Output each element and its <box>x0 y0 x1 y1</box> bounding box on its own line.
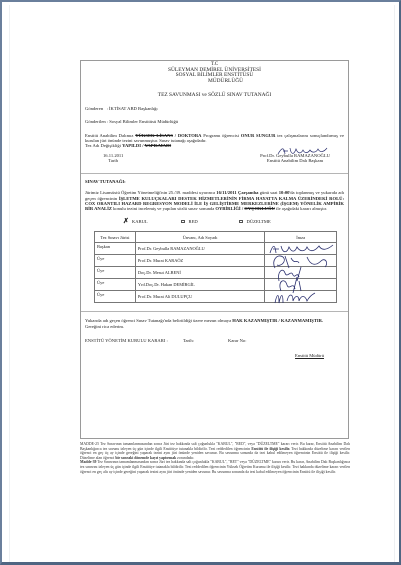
exam-text: ile aşağıdaki kararı almıştır. <box>275 206 327 211</box>
section-divider <box>81 173 348 174</box>
board-date-label: Tarih: <box>183 338 228 343</box>
recipient-label: Gönderilen <box>85 119 106 124</box>
regulation-footnote: MADDE-25 Tez Sınavının tamamlanmasından … <box>80 442 350 474</box>
checked-x-icon: ✗ <box>123 219 129 224</box>
name-change-no-struck: YAPILMADI <box>144 143 171 148</box>
jury-signature-cell <box>265 291 337 303</box>
jury-row: Üye Prof.Dr. Murat Ali DULUPÇU <box>95 291 337 303</box>
choice-accept-label: KABUL <box>132 219 148 224</box>
recipient-value: : Sosyal Bilimler Enstitüsü Müdürlüğü <box>107 119 178 124</box>
intro-text: Enstitü Anabilim Dalımız <box>85 133 135 138</box>
recipient-row: Gönderilen : Sosyal Bilimler Enstitüsü M… <box>81 119 348 124</box>
checkbox-empty-icon <box>181 220 185 224</box>
decision-unanimous: OYBİRLİĞİ <box>215 206 240 211</box>
exam-date: 16/11/2011 <box>216 190 236 195</box>
form-document: T.C SÜLEYMAN DEMİREL ÜNİVERSİTESİ SOSYAL… <box>80 60 349 439</box>
header-name: Ünvanı, Adı Soyadı <box>135 232 264 243</box>
section-divider <box>81 311 348 312</box>
handwritten-signature-icon <box>276 145 328 157</box>
exam-day: Çarşamba <box>238 190 258 195</box>
jury-role: Başkan <box>95 243 136 255</box>
sender-value: : İKTİSAT ABD Başkanlığı <box>107 106 158 111</box>
choice-reject[interactable]: RED <box>181 219 239 224</box>
choice-reject-label: RED <box>189 219 198 224</box>
decision-majority-struck: OYÇOKLUĞU <box>244 206 275 211</box>
jury-role: Üye <box>95 279 136 291</box>
signature-icon <box>267 289 335 305</box>
choice-revision[interactable]: DÜZELTME <box>239 219 319 224</box>
name-change-label: Tez Adı Değişikliği <box>85 143 122 148</box>
department-head-title: Enstitü Anabilim Dalı Başkanı <box>260 158 330 163</box>
board-number-label: Karar No: <box>228 338 247 343</box>
institution-header: T.C SÜLEYMAN DEMİREL ÜNİVERSİTESİ SOSYAL… <box>81 62 348 84</box>
article-25-label: MADDE-25 <box>80 442 99 446</box>
department-signature-block: 16.11.2011 Tarih Prof.Dr. Geybulla RAMAZ… <box>81 153 348 168</box>
date-block: 16.11.2011 Tarih <box>103 153 123 168</box>
request-line: Gereğini rica ederim. <box>81 324 348 329</box>
sender-label: Gönderen <box>85 106 103 111</box>
jury-role: Üye <box>95 255 136 267</box>
jury-name: Prof.Dr. Murat Ali DULUPÇU <box>135 291 264 303</box>
exam-text: konulu tezini incelemiş ve yapılan sözlü… <box>112 206 215 211</box>
exam-report-paragraph: Jürimiz Lisansüstü Öğretim Yönetmeliği'n… <box>81 190 348 212</box>
program-masters-struck: YÜKSEK LİSANS <box>135 133 173 138</box>
article-25-emphasis: Enstitü ile ilişiği kesilir. <box>251 447 290 451</box>
result-text: Yukarıda adı geçen öğrenci Sınav Tutanağ… <box>85 318 232 323</box>
jury-name: Doç.Dr. Mesut ALBENİ <box>135 267 264 279</box>
student-name: ONUR SUNGUR <box>241 133 276 138</box>
form-title: TEZ SAVUNMASI ve SÖZLÜ SINAV TUTANAĞI <box>81 93 348 98</box>
jury-role: Üye <box>95 267 136 279</box>
choice-accept[interactable]: ✗ KABUL <box>123 219 181 224</box>
exam-text: Jürimiz Lisansüstü Öğretim Yönetmeliği'n… <box>85 190 216 195</box>
jury-name: Yrd.Doç.Dr. Hakan DEMİRGİL <box>135 279 264 291</box>
sender-row: Gönderen : İKTİSAT ABD Başkanlığı <box>81 106 348 111</box>
program-doctorate: DOKTORA <box>178 133 202 138</box>
intro-text: Programı öğrencisi <box>202 133 241 138</box>
exam-text: günü saat <box>258 190 278 195</box>
name-change-yes: YAPILDI <box>122 143 141 148</box>
decision-choices: ✗ KABUL RED DÜZELTME <box>81 219 348 224</box>
exam-time: 10:00 <box>279 190 290 195</box>
jury-name: Prof.Dr. Murat KARAÖZ <box>135 255 264 267</box>
jury-role: Üye <box>95 291 136 303</box>
result-graduation-status: HAK KAZANMIŞTIR / KAZANMAMIŞTIR. <box>232 318 323 323</box>
exam-report-title: SINAV TUTANAĞI: <box>81 179 348 184</box>
checkbox-empty-icon <box>239 220 243 224</box>
date-label: Tarih <box>103 158 123 163</box>
jury-name: Prof.Dr. Geybulla RAMAZANOĞLU <box>135 243 264 255</box>
result-paragraph: Yukarıda adı geçen öğrenci Sınav Tutanağ… <box>81 318 348 323</box>
board-decision-row: ENSTİTÜ YÖNETİM KURULU KARARI : Tarih: K… <box>81 338 348 343</box>
board-decision-label: ENSTİTÜ YÖNETİM KURULU KARARI : <box>85 338 183 343</box>
institute-director-label: Enstitü Müdürü <box>81 353 348 358</box>
jury-table: Tez Sınavı Jürisi Ünvanı, Adı Soyadı İmz… <box>94 231 337 303</box>
article-39-text: Tez Sınavının tamamlanmasından sonra Jür… <box>80 460 350 473</box>
header-jury: Tez Sınavı Jürisi <box>95 232 136 243</box>
article-39-label: Madde-39 <box>80 460 96 464</box>
choice-revision-label: DÜZELTME <box>247 219 271 224</box>
header-directorate: MÜDÜRLÜĞÜ <box>81 79 348 85</box>
